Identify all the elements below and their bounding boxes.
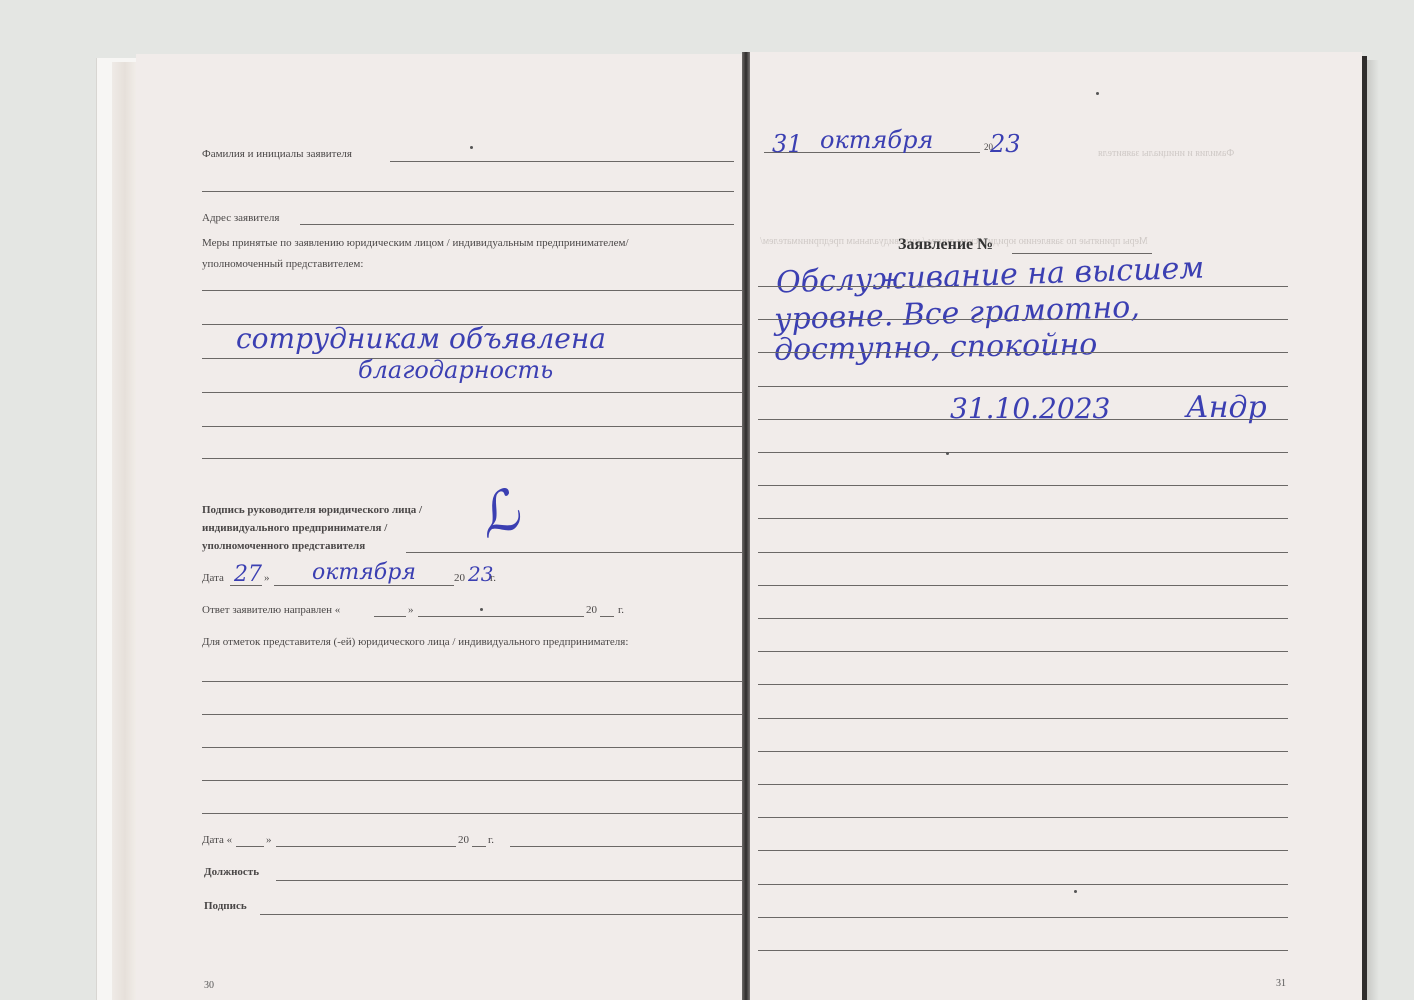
measures-line[interactable] [202,392,742,393]
date-quote: » [264,572,270,584]
bottom-date-day-field[interactable] [236,846,264,847]
signature-field[interactable] [406,552,742,553]
measures-line[interactable] [202,426,742,427]
response-day-field[interactable] [374,616,406,617]
signature-label-line2: индивидуального предпринимателя / [202,522,387,534]
statement-line[interactable] [758,319,1288,320]
statement-line[interactable] [758,485,1288,486]
notes-line[interactable] [202,780,742,781]
measures-label-line1: Меры принятые по заявлению юридическим л… [202,237,629,249]
statement-title: Заявление № [898,236,993,254]
statement-text-line1: Обслуживание на высшем [776,251,1205,301]
bottom-signature-field[interactable] [260,914,742,915]
response-label: Ответ заявителю направлен « [202,604,340,616]
statement-line[interactable] [758,386,1288,387]
notes-line[interactable] [202,813,742,814]
position-label: Должность [204,866,259,878]
notes-line[interactable] [202,714,742,715]
paper-speck [480,608,483,611]
signature-label-line1: Подпись руководителя юридического лица / [202,504,422,516]
statement-line[interactable] [758,784,1288,785]
right-page: Фамилия и инициалы заявителя Меры принят… [750,52,1362,1000]
notes-line[interactable] [202,681,742,682]
paper-speck [946,452,949,455]
response-quote: » [408,604,414,616]
measures-line[interactable] [202,458,742,459]
date-day-handwritten: 27 [234,562,262,587]
applicant-name-field[interactable] [390,161,734,162]
bottom-date-year-prefix: 20 [458,834,469,846]
applicant-address-field[interactable] [300,224,734,225]
date-month-handwritten: октября [312,560,416,585]
bottom-signature-label: Подпись [204,900,247,912]
statement-line[interactable] [758,817,1288,818]
applicant-name-field-line2[interactable] [202,191,734,192]
page-number: 30 [204,980,214,991]
date-label: Дата [202,572,224,584]
bottom-date-year-field[interactable] [472,846,486,847]
statement-line[interactable] [758,917,1288,918]
applicant-name-label: Фамилия и инициалы заявителя [202,148,352,160]
paper-speck [470,146,473,149]
bottom-date-year-suffix: г. [488,834,494,846]
paper-speck [1074,890,1077,893]
left-page: Фамилия и инициалы заявителя Адрес заяви… [136,54,742,1000]
bottom-date-month-field[interactable] [276,846,456,847]
page-shadow [1367,60,1379,1000]
statement-line[interactable] [758,651,1288,652]
measures-handwritten-line1: сотрудникам объявлена [236,322,606,355]
signature-label-line3: уполномоченного представителя [202,540,365,552]
measures-handwritten-line2: благодарность [358,356,553,384]
date-month-handwritten: октября [820,126,933,154]
statement-line[interactable] [758,884,1288,885]
position-field[interactable] [276,880,742,881]
statement-line[interactable] [758,452,1288,453]
statement-line[interactable] [758,684,1288,685]
statement-line[interactable] [758,618,1288,619]
date-year-suffix: г. [490,572,496,584]
book-spine [742,52,750,1000]
signature-handwritten: ℒ [468,477,528,552]
bottom-date-label: Дата « [202,834,232,846]
statement-date-handwritten: 31.10.2023 [950,392,1110,425]
show-through-text: Фамилия и инициалы заявителя [1098,148,1234,159]
applicant-address-label: Адрес заявителя [202,212,279,224]
date-year-handwritten: 23 [990,130,1021,158]
date-day-handwritten: 31 [772,130,803,158]
bottom-date-quote: » [266,834,272,846]
statement-line[interactable] [758,751,1288,752]
statement-line[interactable] [758,585,1288,586]
page-number: 31 [1276,978,1286,989]
statement-text-line3: доступно, спокойно [774,327,1098,368]
notes-line[interactable] [202,747,742,748]
statement-line[interactable] [758,286,1288,287]
response-month-field[interactable] [418,616,584,617]
statement-line[interactable] [758,419,1288,420]
statement-line[interactable] [758,850,1288,851]
paper-speck [1096,92,1099,95]
date-year-prefix: 20 [454,572,465,584]
statement-line[interactable] [758,950,1288,951]
page-stack-edge-inner [112,62,138,1000]
measures-label-line2: уполномоченный представителем: [202,258,363,270]
response-year-field[interactable] [600,616,614,617]
statement-line[interactable] [758,552,1288,553]
statement-line[interactable] [758,718,1288,719]
notes-label: Для отметок представителя (-ей) юридичес… [202,636,628,648]
measures-line[interactable] [202,290,742,291]
statement-line[interactable] [758,352,1288,353]
response-year-suffix: г. [618,604,624,616]
statement-line[interactable] [758,518,1288,519]
response-year-prefix: 20 [586,604,597,616]
bottom-date-extra-field[interactable] [510,846,742,847]
date-month-field[interactable] [274,585,454,586]
